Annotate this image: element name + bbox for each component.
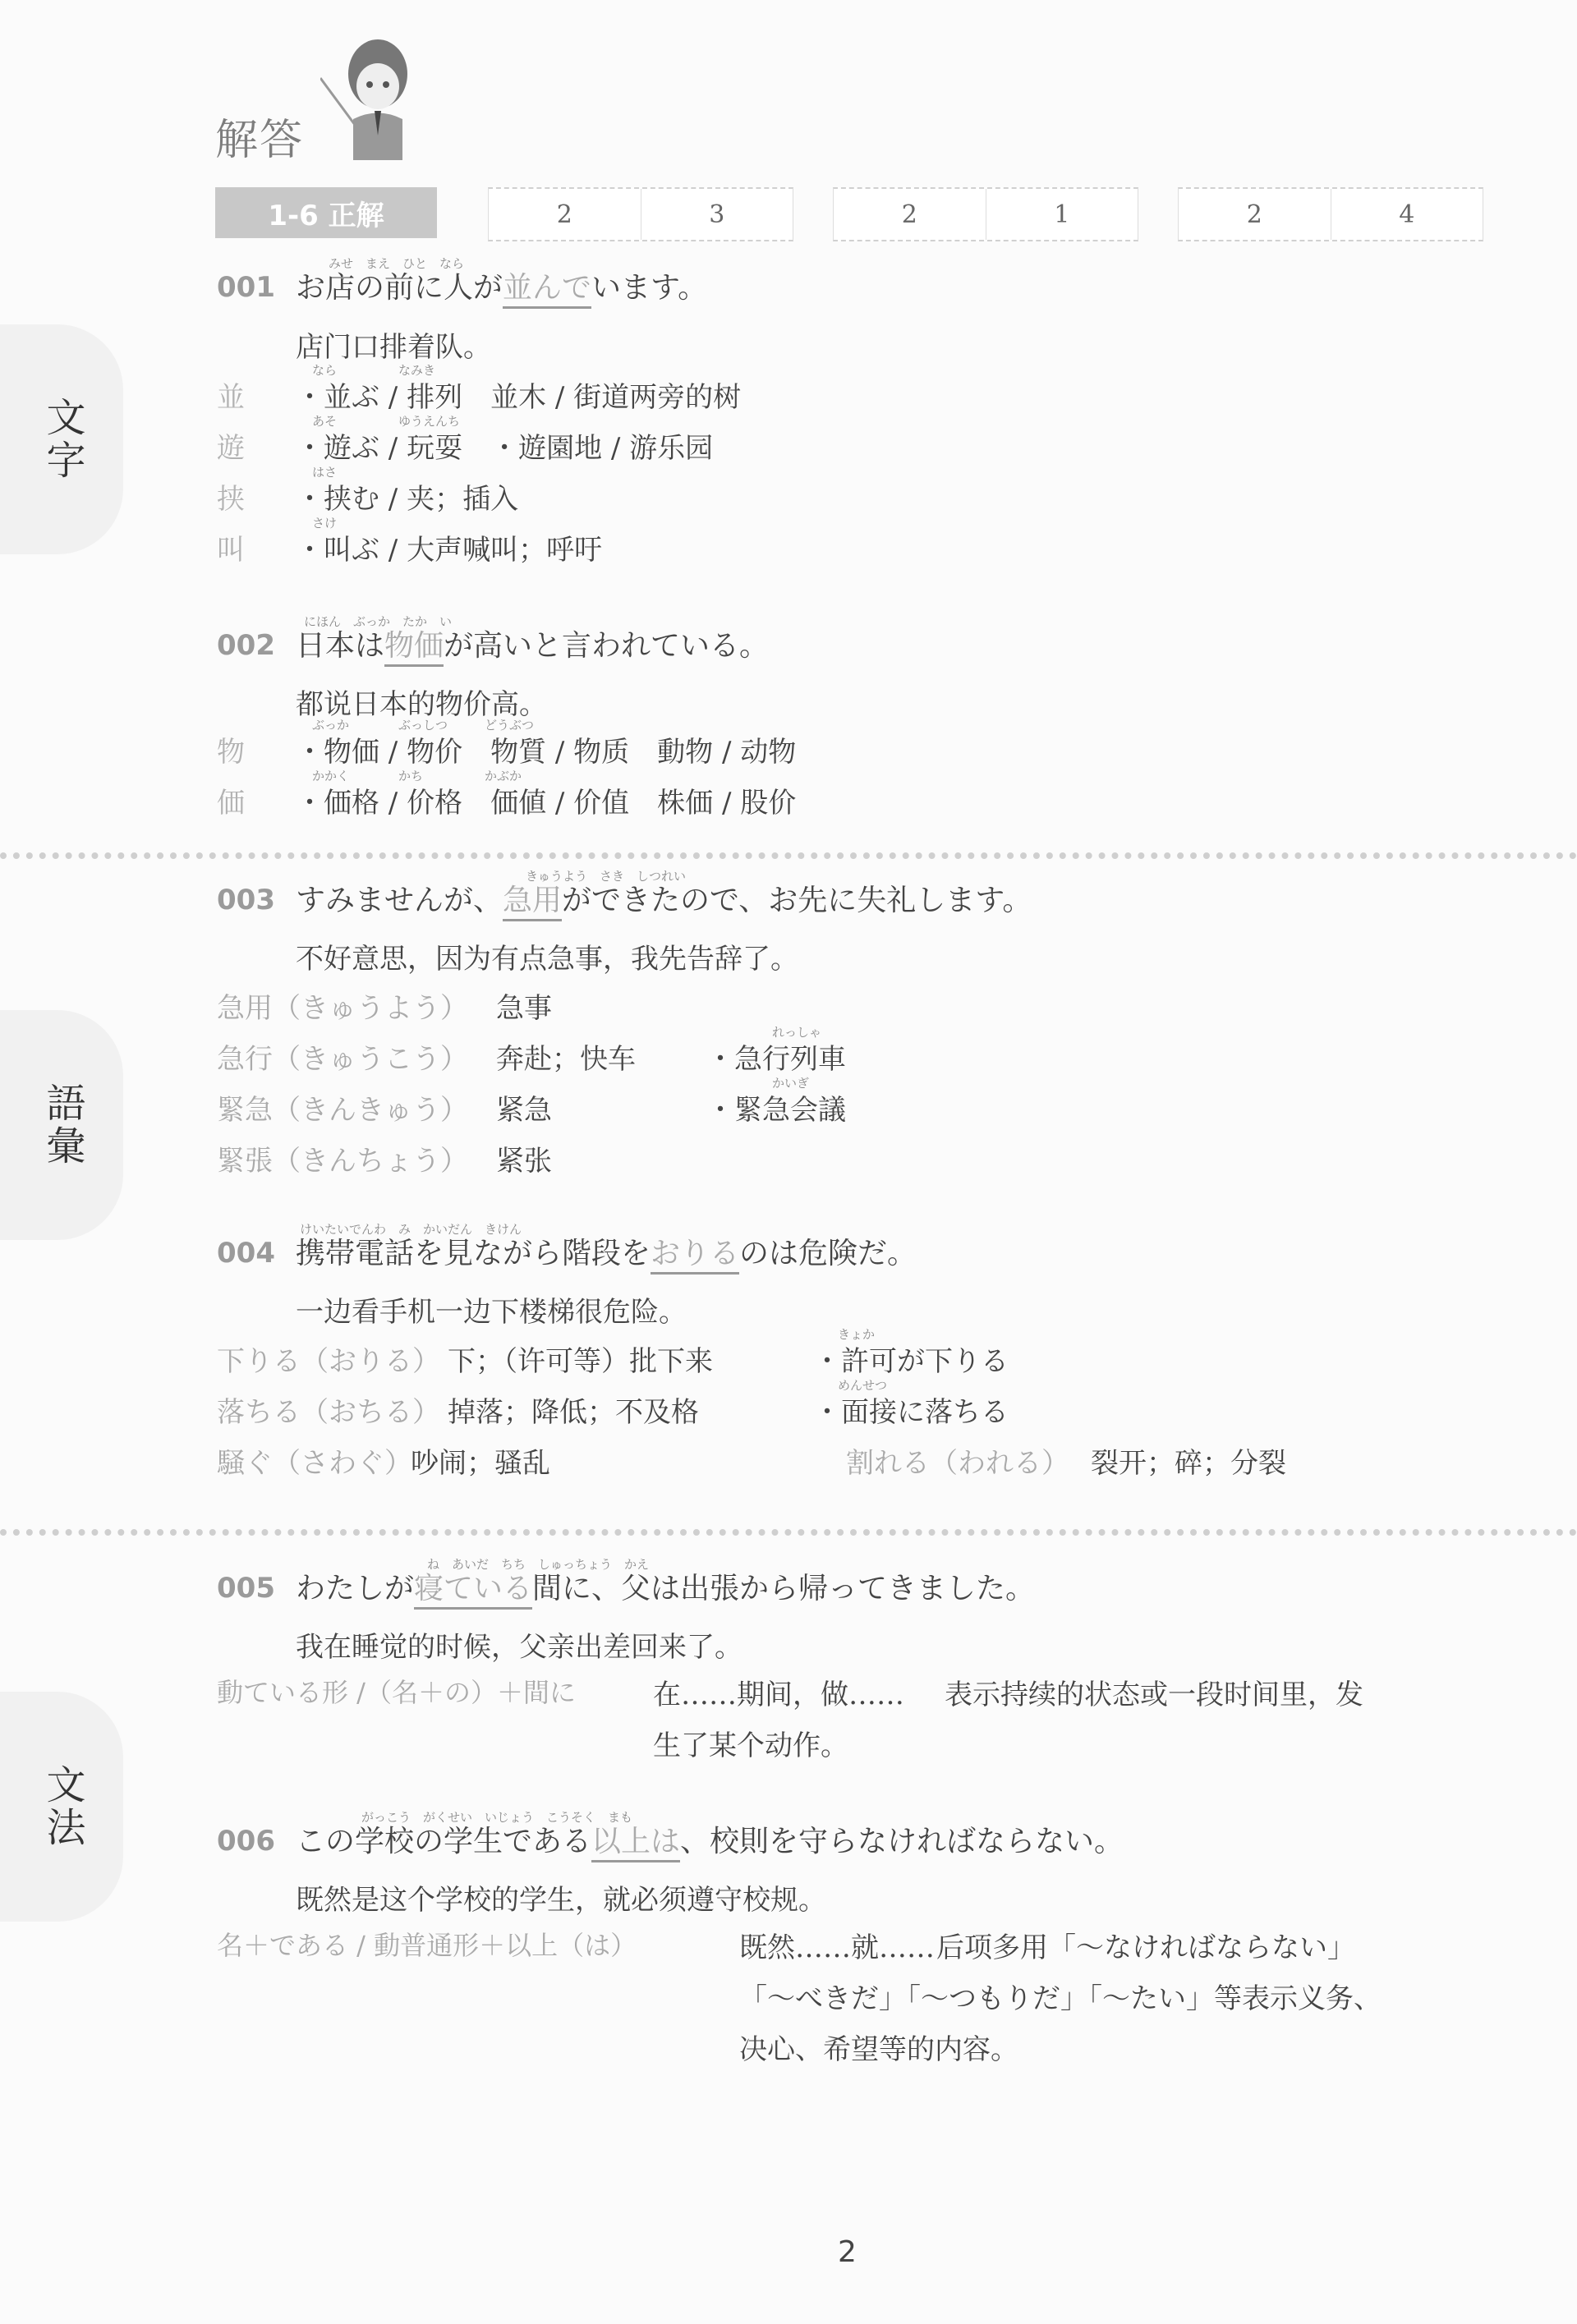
answer-cell: 2 <box>1179 189 1331 240</box>
grammar-pattern: 動ている形 /（名＋の）＋間に <box>217 1672 576 1710</box>
section-tab-moji: 文字 <box>0 324 123 554</box>
vocab-head: 急行（きゅうこう） <box>217 1036 468 1077</box>
question-number: 003 <box>217 884 275 916</box>
translation: 店门口排着队。 <box>296 324 491 365</box>
grammar-note: 决心、希望等的内容。 <box>739 2027 1018 2067</box>
vocab-head: 騒ぐ（さわぐ） <box>217 1440 412 1481</box>
question-number: 001 <box>217 271 275 304</box>
kanji-head: 叫 <box>217 527 245 567</box>
vocab-entry: ・並ぶ / 排列 並木 / 街道两旁的树 <box>296 374 741 415</box>
vocab-meaning: 掉落；降低；不及格 <box>448 1389 699 1430</box>
answer-underline: 急用 <box>503 884 562 921</box>
vocab-meaning: 下；（许可等）批下来 <box>448 1339 713 1379</box>
section-label: 文法 <box>34 1764 91 1849</box>
page-number: 2 <box>838 2235 857 2269</box>
kanji-head: 並 <box>217 374 245 415</box>
section-label: 文字 <box>34 397 91 482</box>
vocab-meaning: 急事 <box>496 985 552 1026</box>
question-sentence: お店の前に人が並んでいます。 <box>296 264 707 306</box>
vocab-entry: ・叫ぶ / 大声喊叫；呼吁 <box>296 527 602 567</box>
translation: 一边看手机一边下楼梯很危险。 <box>296 1289 687 1330</box>
kanji-head: 価 <box>217 780 245 820</box>
question-sentence: 携帯電話を見ながら階段をおりるのは危険だ。 <box>296 1230 917 1272</box>
page-title: 解答 <box>215 105 304 167</box>
answer-underline: 寝ている <box>414 1572 532 1610</box>
answers-label: 1-6 正解 <box>215 187 437 238</box>
vocab-head: 緊急（きんきゅう） <box>217 1087 468 1128</box>
vocab-meaning: 裂开；碎；分裂 <box>1091 1440 1286 1481</box>
teacher-mascot-icon <box>320 29 411 160</box>
answer-cell: 1 <box>986 189 1138 240</box>
kanji-head: 挟 <box>217 476 245 517</box>
vocab-head: 割れる（われる） <box>846 1440 1069 1481</box>
question-sentence: 日本は物価が高いと言われている。 <box>296 622 769 664</box>
section-tab-goi: 語彙 <box>0 1010 123 1240</box>
vocab-entry: ・物価 / 物价 物質 / 物质 動物 / 动物 <box>296 729 796 769</box>
grammar-meaning: 既然……就…… <box>739 1925 935 1965</box>
translation: 我在睡觉的时候，父亲出差回来了。 <box>296 1624 743 1665</box>
question-sentence: この学校の学生である以上は、校則を守らなければならない。 <box>296 1818 1124 1860</box>
translation: 不好意思，因为有点急事，我先告辞了。 <box>296 936 798 976</box>
vocab-meaning: 紧急 <box>496 1087 552 1128</box>
section-tab-bunpo: 文法 <box>0 1692 123 1922</box>
grammar-pattern: 名＋である / 動普通形＋以上（は） <box>217 1925 637 1963</box>
grammar-note: 生了某个动作。 <box>653 1723 848 1763</box>
answer-group-3: 2 4 <box>1178 187 1483 241</box>
vocab-entry: ・挟む / 夹；插入 <box>296 476 518 517</box>
question-number: 004 <box>217 1237 275 1270</box>
question-number: 005 <box>217 1572 275 1605</box>
vocab-example: ・面接に落ちる <box>813 1389 1009 1430</box>
answer-group-1: 2 3 <box>488 187 793 241</box>
vocab-meaning: 奔赴；快车 <box>496 1036 636 1077</box>
question-number: 006 <box>217 1825 275 1858</box>
answer-cell: 2 <box>489 189 641 240</box>
answer-underline: 以上は <box>591 1825 680 1862</box>
vocab-meaning: 吵闹；骚乱 <box>411 1440 550 1481</box>
kanji-head: 物 <box>217 729 245 769</box>
grammar-note: 表示持续的状态或一段时间里，发 <box>945 1672 1363 1712</box>
vocab-meaning: 紧张 <box>496 1138 552 1178</box>
vocab-entry: ・価格 / 价格 価値 / 价值 株価 / 股价 <box>296 780 796 820</box>
question-number: 002 <box>217 629 275 662</box>
vocab-head: 落ちる（おちる） <box>217 1389 440 1430</box>
kanji-head: 遊 <box>217 425 245 466</box>
question-sentence: すみませんが、急用ができたので、お先に失礼します。 <box>296 877 1032 919</box>
grammar-meaning: 在……期间，做…… <box>653 1672 904 1712</box>
answer-cell: 3 <box>641 189 793 240</box>
vocab-head: 急用（きゅうよう） <box>217 985 468 1026</box>
grammar-note: 「～べきだ」「～つもりだ」「～たい」等表示义务、 <box>739 1976 1382 2016</box>
vocab-example: ・許可が下りる <box>813 1339 1009 1379</box>
section-divider <box>0 852 1577 859</box>
answer-cell: 2 <box>834 189 986 240</box>
answer-underline: 並んで <box>503 271 591 309</box>
vocab-head: 緊張（きんちょう） <box>217 1138 468 1178</box>
question-sentence: わたしが寝ている間に、父は出張から帰ってきました。 <box>296 1565 1035 1607</box>
translation: 既然是这个学校的学生，就必须遵守校规。 <box>296 1877 826 1918</box>
answer-underline: おりる <box>651 1237 739 1275</box>
vocab-example: ・緊急会議 <box>706 1087 846 1128</box>
grammar-note: 后项多用「～なければならない」 <box>936 1925 1355 1965</box>
section-label: 語彙 <box>34 1082 91 1168</box>
vocab-entry: ・遊ぶ / 玩耍 ・遊園地 / 游乐园 <box>296 425 713 466</box>
answer-group-2: 2 1 <box>833 187 1138 241</box>
section-divider <box>0 1529 1577 1536</box>
answer-cell: 4 <box>1331 189 1483 240</box>
vocab-example: ・急行列車 <box>706 1036 846 1077</box>
answer-underline: 物価 <box>384 629 444 667</box>
vocab-head: 下りる（おりる） <box>217 1339 440 1379</box>
